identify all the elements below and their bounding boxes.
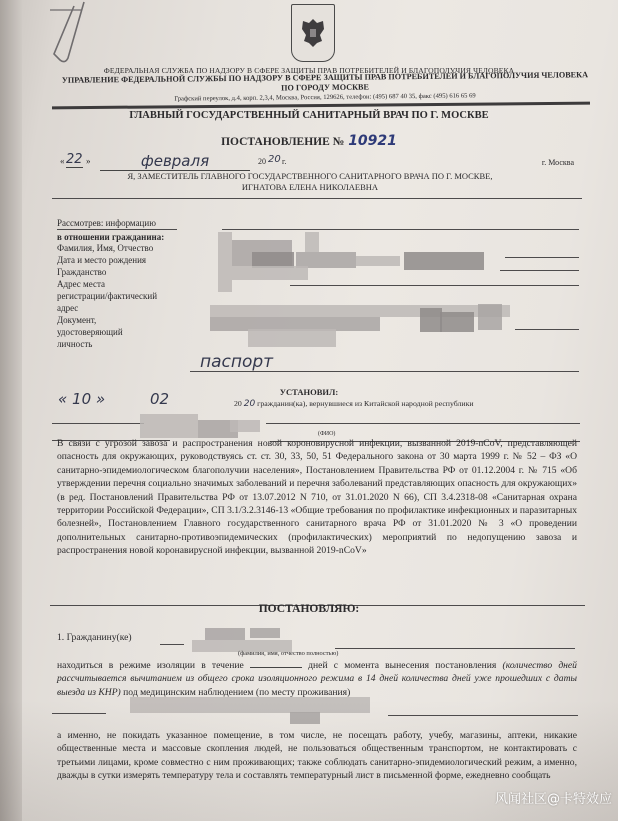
field-label-doc-3: личность: [57, 339, 92, 351]
considered-underline: [57, 229, 177, 230]
document-page: ФЕДЕРАЛЬНАЯ СЛУЖБА ПО НАДЗОРУ В СФЕРЕ ЗА…: [0, 0, 618, 821]
established-description: гражданин(ка), вернувшиеся из Китайской …: [257, 399, 473, 408]
item1-caption: (фамилия, имя, отчество полностью): [238, 650, 338, 657]
field-label-address-2: регистрации/фактический: [57, 291, 157, 303]
citizenship-line: [290, 285, 579, 286]
date-year-label: г.: [282, 157, 286, 166]
established-day: « 10 »: [58, 390, 105, 408]
decree-number: 10921: [348, 133, 397, 149]
field-label-doc-2: удостоверяющий: [57, 327, 123, 339]
restrictions-text: а именно, не покидать указанное помещени…: [57, 729, 577, 783]
established-day-value: 10: [72, 390, 91, 408]
field-label-birth: Дата и место рождения: [57, 255, 146, 267]
fio-field-line: [266, 423, 580, 424]
preamble-text: В связи с угрозой завоза и распространен…: [57, 437, 577, 558]
regarding-label: в отношении гражданина:: [57, 232, 164, 244]
city: г. Москва: [542, 158, 574, 167]
field-label-doc-1: Документ,: [57, 315, 96, 327]
paper-clip-icon: [48, 0, 88, 66]
deputy-line-1: Я, ЗАМЕСТИТЕЛЬ ГЛАВНОГО ГОСУДАРСТВЕННОГО…: [60, 171, 560, 182]
item1-line-short: [160, 644, 184, 645]
watermark: 风闻社区@卡特效应: [495, 788, 612, 807]
established-day-line: [52, 423, 144, 424]
established-year-suffix: 20: [244, 399, 255, 409]
field-label-address-1: Адрес места: [57, 279, 105, 291]
item1-line: [335, 648, 575, 649]
date-year-prefix: 20: [258, 157, 266, 166]
isolation-text-a: находиться в режиме изоляции в течение: [57, 660, 244, 671]
deputy-line-2: ИГНАТОВА ЕЛЕНА НИКОЛАЕВНА: [60, 182, 560, 193]
divider: [52, 198, 582, 199]
fio-line: [505, 257, 579, 258]
decree-label: ПОСТАНОВЛЕНИЕ №: [221, 136, 344, 148]
isolation-days-field: [250, 667, 302, 668]
resolution-heading: ПОСТАНОВЛЯЮ:: [0, 603, 618, 615]
established-year-prefix: 20: [234, 399, 242, 408]
coat-of-arms-icon: [291, 4, 335, 62]
field-label-fio: Фамилия, Имя, Отчество: [57, 243, 153, 255]
date-day: 22: [66, 152, 83, 168]
date-month: февраля: [100, 152, 250, 171]
official-title: ГЛАВНЫЙ ГОСУДАРСТВЕННЫЙ САНИТАРНЫЙ ВРАЧ …: [0, 110, 618, 121]
resolution-item-1: 1. Гражданину(ке): [57, 632, 132, 643]
established-month: 02: [150, 390, 169, 408]
document-type: паспорт: [200, 352, 273, 372]
isolation-text: находиться в режиме изоляции в течение д…: [57, 659, 577, 699]
deputy-name: Я, ЗАМЕСТИТЕЛЬ ГЛАВНОГО ГОСУДАРСТВЕННОГО…: [60, 171, 560, 193]
decree-date: « 22 » февраля 20 20 г.: [60, 152, 580, 170]
birth-line: [500, 270, 579, 271]
residence-line: [388, 715, 578, 716]
field-label-address-3: адрес: [57, 303, 78, 315]
considered-label: Рассмотрев: информацию: [57, 218, 156, 230]
established-text: 20 20 гражданин(ка), вернувшиеся из Кита…: [234, 399, 474, 409]
address-line: [515, 329, 579, 330]
field-label-citizenship: Гражданство: [57, 267, 106, 279]
considered-field-line: [222, 229, 579, 230]
residence-line-short: [52, 713, 106, 714]
date-year-suffix: 20: [268, 154, 281, 165]
decree-title: ПОСТАНОВЛЕНИЕ №10921: [0, 133, 618, 149]
isolation-text-b: дней с момента вынесения постановления: [308, 660, 496, 671]
